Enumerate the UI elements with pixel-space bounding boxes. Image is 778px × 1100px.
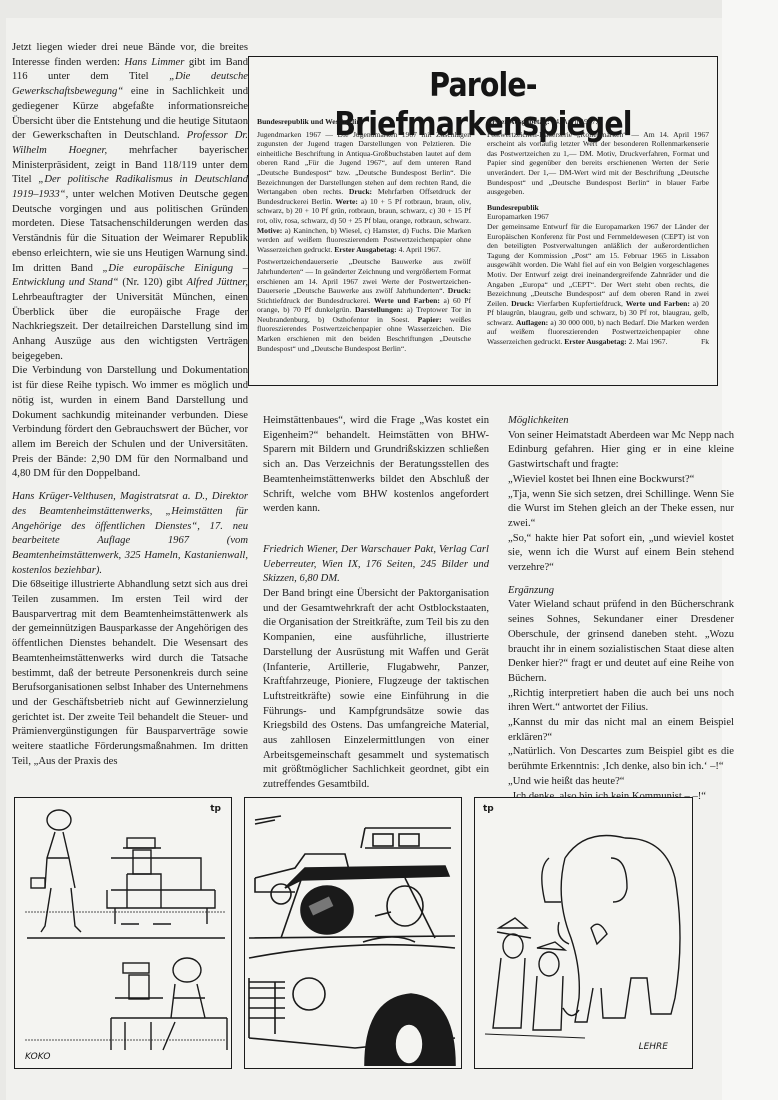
joke-line: Von seiner Heimatstadt Aberdeen war Mc N… bbox=[508, 429, 734, 473]
review-header: Hans Krüger-Velthusen, Magistratsrat a. … bbox=[12, 490, 248, 578]
joke-line: „Richtig interpretiert haben die auch be… bbox=[508, 687, 734, 716]
paragraph: Die 68seitige illustrierte Abhandlung se… bbox=[12, 578, 248, 769]
cartoon-agency-mark: tp bbox=[210, 804, 221, 814]
joke-heading: Möglichkeiten bbox=[508, 414, 734, 429]
cartoon-bench: tp KOKO bbox=[14, 797, 232, 1069]
middle-column: Heimstättenbaues“, wird die Frage „Was k… bbox=[263, 414, 489, 793]
joke-line: „Natürlich. Von Descartes zum Beispiel g… bbox=[508, 745, 734, 774]
joke-line: „Und wie heißt das heute?“ bbox=[508, 775, 734, 790]
cartoon-signature: KOKO bbox=[25, 1052, 51, 1062]
box-column-right: Erster Ausgabetag: 14. April 1967. Postw… bbox=[487, 117, 709, 350]
cartoon-signature: LEHRE bbox=[639, 1042, 668, 1052]
cartoon-elephant: tp LEHRE bbox=[474, 797, 693, 1069]
stamp-column-box: Parole-Briefmarkenspiegel Bundesrepublik… bbox=[248, 56, 718, 386]
book-review-series: Jetzt liegen wieder drei neue Bände vor,… bbox=[12, 41, 248, 364]
joke-heading: Ergänzung bbox=[508, 584, 734, 599]
paragraph: Die Verbindung von Darstellung und Dokum… bbox=[12, 364, 248, 482]
subheading: Europamarken 1967 bbox=[487, 212, 709, 222]
paragraph: Der Band bringt eine Übersicht der Pakto… bbox=[263, 587, 489, 793]
stamp-entry-continued: Erster Ausgabetag: 14. April 1967. bbox=[487, 117, 709, 127]
right-column: Möglichkeiten Von seiner Heimatstadt Abe… bbox=[508, 414, 734, 804]
joke-line: „Wieviel kostet bei Ihnen eine Bockwurst… bbox=[508, 473, 734, 488]
joke-line: „So,“ hakte hier Pat sofort ein, „und wi… bbox=[508, 532, 734, 576]
author-signature: Fk bbox=[701, 337, 709, 347]
author-name: Hans Limmer bbox=[124, 57, 184, 68]
car-illustration-icon bbox=[245, 798, 461, 1068]
cartoon-car bbox=[244, 797, 462, 1069]
stamp-entry: Postwertzeichen-Dauerserie „Rollenmarken… bbox=[487, 130, 709, 197]
joke-line: „Kannst du mir das nicht mal an einem Be… bbox=[508, 716, 734, 745]
stamp-entry: Postwertzeichendauerserie „Deutsche Bauw… bbox=[257, 257, 471, 353]
box-column-left: Bundesrepublik und Westberlin Jugendmark… bbox=[257, 117, 471, 356]
cartoon-agency-mark: tp bbox=[483, 804, 494, 814]
joke-line: „Tja, wenn Sie sich setzen, drei Schilli… bbox=[508, 488, 734, 532]
joke-line: Vater Wieland schaut prüfend in den Büch… bbox=[508, 598, 734, 686]
review-header: Friedrich Wiener, Der Warschauer Pakt, V… bbox=[263, 543, 489, 587]
stamp-entry: Jugendmarken 1967 — Die Jugendmarken 196… bbox=[257, 130, 471, 255]
bench-illustration-icon bbox=[15, 798, 231, 1068]
author-name: Alfred Jüttner, bbox=[187, 277, 248, 288]
stamp-entry: Der gemeinsame Entwurf für die Europamar… bbox=[487, 222, 709, 347]
section-heading: Bundesrepublik und Westberlin bbox=[257, 117, 361, 126]
paragraph: Heimstättenbaues“, wird die Frage „Was k… bbox=[263, 414, 489, 517]
section-heading: Bundesrepublik bbox=[487, 203, 539, 212]
elephant-illustration-icon bbox=[475, 798, 691, 1068]
left-column: Jetzt liegen wieder drei neue Bände vor,… bbox=[12, 41, 248, 769]
